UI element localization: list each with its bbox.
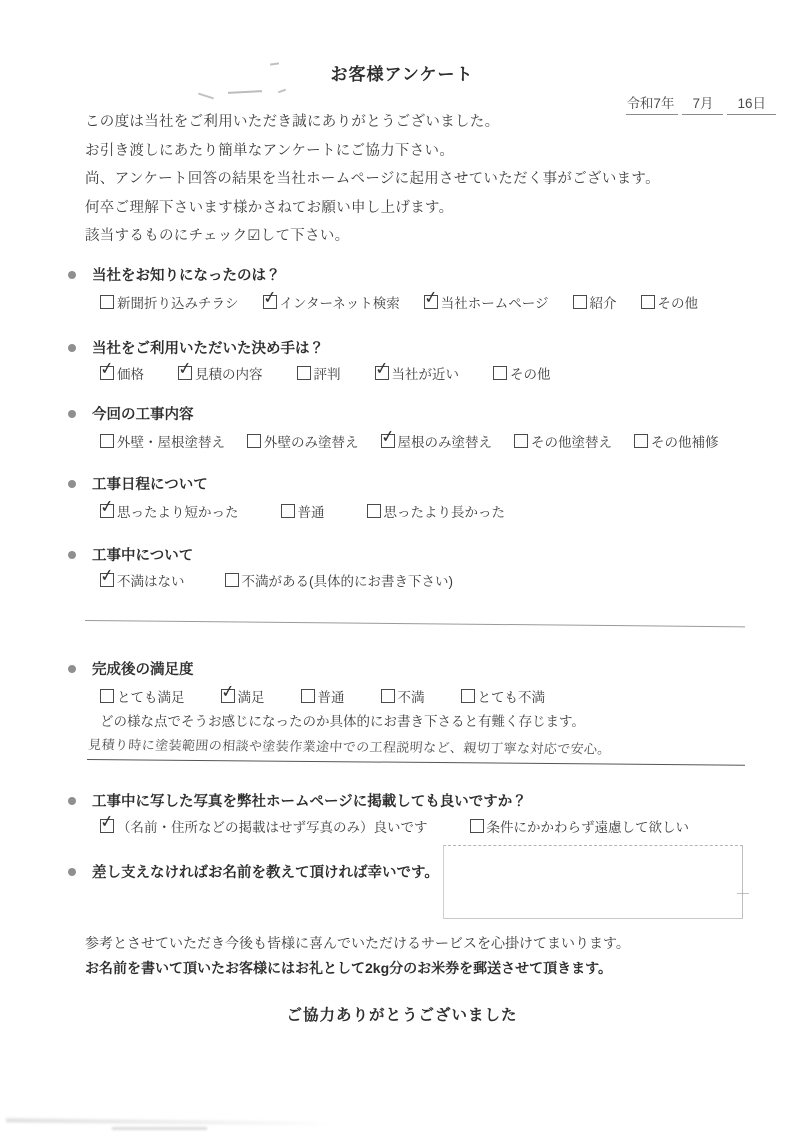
checkbox-option[interactable]: 外壁・屋根塗替え [100,431,225,451]
section-heading-name-request: 差し支えなければお名前を教えて頂ければ幸いです。 [68,861,439,882]
date-day: 16日 [727,92,776,115]
checkbox-icon[interactable] [424,295,438,309]
checkbox-option[interactable]: 外壁のみ塗替え [247,431,359,451]
footer-line: 参考とさせていただき今後も皆様に喜んでいただけるサービスを心掛けてまいります。 [85,933,630,958]
checkbox-icon[interactable] [247,434,261,448]
satisfaction-note: どの様な点でそうお感じになったのか具体的にお書き下さると有難く存じます。 [100,710,585,730]
section-heading-source: 当社をお知りになったのは？ [68,264,281,285]
page-title: お客様アンケート [0,60,804,85]
option-label: 新聞折り込みチラシ [117,292,239,312]
checkbox-icon[interactable] [573,295,587,309]
option-label: （名前・住所などの掲載はせず写真のみ）良いです [117,816,428,836]
checkbox-option[interactable]: その他補修 [634,431,719,451]
intro-line: 尚、アンケート回答の結果を当社ホームページに起用させていただく事がございます。 [85,167,660,196]
option-label: 思ったより長かった [384,501,506,521]
checkbox-option[interactable]: とても満足 [100,686,185,706]
section-options-decision: 価格 見積の内容 評判 当社が近い その他 [100,363,551,383]
option-label: 普通 [318,686,345,706]
option-label: 外壁・屋根塗替え [117,431,225,451]
checkbox-option[interactable]: （名前・住所などの掲載はせず写真のみ）良いです [100,816,428,836]
option-label: 思ったより短かった [117,501,239,521]
option-label: とても満足 [117,686,185,706]
redacted-name-area [443,845,743,919]
section-options-schedule: 思ったより短かった 普通 思ったより長かった [100,501,505,521]
checkbox-option[interactable]: 満足 [221,686,265,706]
bullet-icon [68,551,76,559]
option-label: 評判 [314,363,341,383]
checkbox-option[interactable]: 不満 [381,686,425,706]
option-label: その他補修 [651,431,719,451]
option-label: 不満 [398,686,425,706]
handwritten-answer: 見積り時に塗装範囲の相談や塗装作業途中での工程説明など、親切丁寧な対応で安心。 [87,734,747,766]
section-heading-label: 当社をお知りになったのは？ [92,264,281,285]
bullet-icon [68,344,76,352]
intro-line: 何卒ご理解下さいます様かさねてお願い申し上げます。 [85,196,660,225]
checkbox-icon[interactable] [100,366,114,380]
option-label: その他 [510,363,551,383]
section-heading-label: 工事日程について [92,473,208,494]
checkbox-icon[interactable] [100,434,114,448]
option-label: 当社ホームページ [441,292,549,312]
section-options-source: 新聞折り込みチラシ インターネット検索 当社ホームページ 紹介 その他 [100,292,698,312]
checkbox-icon[interactable] [381,434,395,448]
section-heading-label: 当社をご利用いただいた決め手は？ [92,337,324,358]
option-label: 価格 [117,363,144,383]
checkbox-option[interactable]: 思ったより長かった [367,501,506,521]
checkbox-icon[interactable] [301,689,315,703]
section-heading-work-type: 今回の工事内容 [68,403,194,424]
checkbox-option[interactable]: その他塗替え [514,431,612,451]
section-options-photo-permission: （名前・住所などの掲載はせず写真のみ）良いです 条件にかかわらず遠慮して欲しい [100,816,689,836]
option-label: 満足 [238,686,265,706]
checkbox-option[interactable]: 価格 [100,363,144,383]
checkbox-option[interactable]: 新聞折り込みチラシ [100,292,239,312]
blank-answer-line [85,620,745,627]
checkbox-icon[interactable] [100,689,114,703]
checkbox-option[interactable]: 当社が近い [375,363,460,383]
closing-text: ご協力ありがとうございました [0,1003,804,1025]
option-label: 不満がある(具体的にお書き下さい) [242,570,454,590]
intro-paragraph: この度は当社をご利用いただき誠にありがとうございました。 お引き渡しにあたり簡単… [85,110,660,253]
option-label: 条件にかかわらず遠慮して欲しい [487,816,690,836]
bullet-icon [68,480,76,488]
scan-artifact [278,89,286,94]
checkbox-icon[interactable] [281,504,295,518]
option-label: 見積の内容 [195,363,263,383]
checkbox-option[interactable]: 普通 [301,686,345,706]
checkbox-option[interactable]: 紹介 [573,292,617,312]
checkbox-icon[interactable] [100,504,114,518]
footer-line-reward: お名前を書いて頂いたお客様にはお礼として2kg分のお米券を郵送させて頂きます。 [85,958,630,983]
section-heading-label: 工事中について [92,544,193,565]
checkbox-option[interactable]: 条件にかかわらず遠慮して欲しい [470,816,690,836]
checkbox-option[interactable]: 屋根のみ塗替え [381,431,493,451]
checkbox-icon[interactable] [263,295,277,309]
section-options-work-type: 外壁・屋根塗替え 外壁のみ塗替え 屋根のみ塗替え その他塗替え その他補修 [100,431,719,451]
checkbox-icon[interactable] [375,366,389,380]
scan-artifact [228,90,262,94]
checkbox-option[interactable]: その他 [493,363,551,383]
section-heading-label: 工事中に写した写真を弊社ホームページに掲載しても良いですか？ [92,790,527,811]
checkbox-icon[interactable] [461,689,475,703]
scan-artifact [112,1127,207,1130]
checkbox-option[interactable]: 不満はない [100,570,185,590]
option-label: 外壁のみ塗替え [264,431,359,451]
checkbox-option[interactable]: 普通 [281,501,325,521]
checkbox-icon[interactable] [100,819,114,833]
intro-line: この度は当社をご利用いただき誠にありがとうございました。 [85,110,660,139]
checkbox-icon[interactable] [100,573,114,587]
section-heading-label: 今回の工事内容 [92,403,194,424]
checkbox-icon[interactable] [178,366,192,380]
option-label: インターネット検索 [280,292,400,312]
checkbox-option[interactable]: インターネット検索 [263,292,400,312]
checkbox-option[interactable]: 思ったより短かった [100,501,239,521]
option-label: 屋根のみ塗替え [398,431,493,451]
checkbox-option[interactable]: その他 [641,292,699,312]
footer-paragraph: 参考とさせていただき今後も皆様に喜んでいただけるサービスを心掛けてまいります。 … [85,933,630,982]
scan-artifact [198,93,214,100]
bullet-icon [68,868,76,876]
checkbox-icon[interactable] [493,366,507,380]
checkbox-option[interactable]: とても不満 [461,686,546,706]
checkbox-icon[interactable] [641,295,655,309]
bullet-icon [68,797,76,805]
option-label: その他 [658,292,699,312]
checkbox-icon[interactable] [367,504,381,518]
section-heading-during-work: 工事中について [68,544,193,565]
option-label: 当社が近い [392,363,460,383]
option-label: とても不満 [478,686,546,706]
option-label: 普通 [298,501,325,521]
section-heading-decision: 当社をご利用いただいた決め手は？ [68,337,324,358]
checkbox-icon[interactable] [297,366,311,380]
section-heading-label: 完成後の満足度 [92,658,194,679]
scan-artifact [6,1118,336,1125]
checkbox-icon[interactable] [221,689,235,703]
intro-line: お引き渡しにあたり簡単なアンケートにご協力下さい。 [85,139,660,168]
section-heading-photo-permission: 工事中に写した写真を弊社ホームページに掲載しても良いですか？ [68,790,527,811]
checkbox-option[interactable]: 不満がある(具体的にお書き下さい) [225,570,454,590]
intro-line: 該当するものにチェック☑して下さい。 [85,224,660,253]
checkbox-option[interactable]: 見積の内容 [178,363,263,383]
checkbox-icon[interactable] [470,819,484,833]
checkbox-option[interactable]: 当社ホームページ [424,292,549,312]
checkbox-icon[interactable] [381,689,395,703]
section-options-satisfaction: とても満足 満足 普通 不満 とても不満 [100,686,545,706]
bullet-icon [68,410,76,418]
checkbox-icon[interactable] [100,295,114,309]
option-label: その他塗替え [531,431,612,451]
section-heading-satisfaction: 完成後の満足度 [68,658,194,679]
checkbox-icon[interactable] [514,434,528,448]
bullet-icon [68,665,76,673]
checkbox-option[interactable]: 評判 [297,363,341,383]
option-label: 紹介 [590,292,617,312]
survey-document: お客様アンケート 令和7年 7月 16日 この度は当社をご利用いただき誠にありが… [0,0,804,1136]
date-month: 7月 [682,92,723,115]
checkbox-icon[interactable] [225,573,239,587]
bullet-icon [68,271,76,279]
section-options-during-work: 不満はない 不満がある(具体的にお書き下さい) [100,570,453,590]
option-label: 不満はない [117,570,185,590]
checkbox-icon[interactable] [634,434,648,448]
section-heading-label: 差し支えなければお名前を教えて頂ければ幸いです。 [92,861,439,882]
section-heading-schedule: 工事日程について [68,473,208,494]
